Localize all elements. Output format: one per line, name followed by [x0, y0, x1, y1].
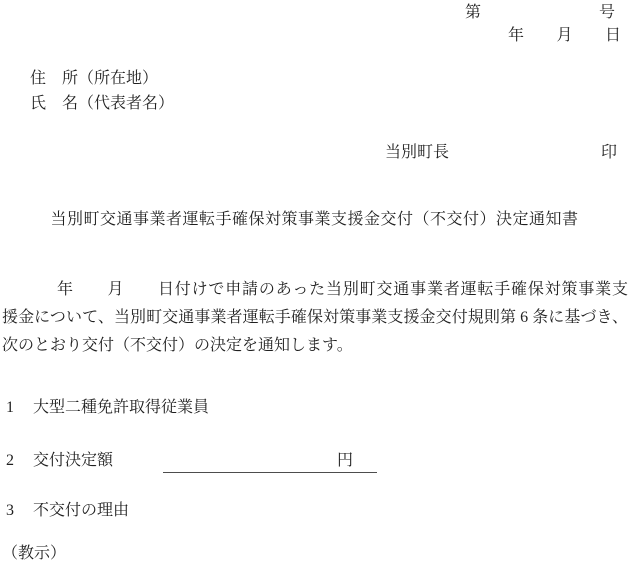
item-1-number: 1: [6, 397, 33, 419]
body-line-1: 年 月 日付けで申請のあった当別町交通事業者運転手確保対策事業支: [2, 276, 628, 304]
issuer-line: 当別町長 印: [385, 142, 617, 164]
amount-unit-label: 円: [337, 452, 353, 469]
date-year-label: 年: [508, 25, 524, 47]
issuer-title: 当別町長: [385, 142, 449, 164]
item-driver-license-employees: 1大型二種免許取得従業員: [6, 397, 627, 419]
item-2-label: 交付決定額: [33, 452, 113, 469]
item-non-grant-reason: 3不交付の理由: [6, 500, 627, 522]
body-line-2: 援金について、当別町交通事業者運転手確保対策事業支援金交付規則第 6 条に基づき…: [2, 304, 628, 332]
issuer-seal-mark: 印: [601, 142, 617, 164]
doc-number-suffix: 号: [599, 2, 615, 24]
body-line-3: 次のとおり交付（不交付）の決定を通知します。: [2, 332, 628, 360]
item-2-number: 2: [6, 450, 33, 472]
amount-blank-line: 円: [163, 450, 377, 473]
item-grant-decision-amount: 2交付決定額円: [6, 450, 627, 473]
document-page: 第 号 年 月 日 住 所（所在地） 氏 名（代表者名） 当別町長 印 当別町交…: [0, 0, 629, 568]
recipient-address-label: 住 所（所在地）: [30, 66, 174, 91]
document-title: 当別町交通事業者運転手確保対策事業支援金交付（不交付）決定通知書: [0, 208, 629, 232]
item-1-label: 大型二種免許取得従業員: [33, 399, 209, 416]
item-3-label: 不交付の理由: [33, 502, 129, 519]
body-paragraph: 年 月 日付けで申請のあった当別町交通事業者運転手確保対策事業支 援金について、…: [2, 276, 628, 360]
recipient-name-label: 氏 名（代表者名）: [30, 91, 174, 116]
doc-number-prefix: 第: [465, 2, 481, 24]
date-line: 年 月 日: [508, 25, 621, 47]
item-3-number: 3: [6, 500, 33, 522]
date-month-label: 月: [556, 25, 572, 47]
doc-number-line: 第 号: [465, 2, 615, 24]
date-day-label: 日: [605, 25, 621, 47]
recipient-block: 住 所（所在地） 氏 名（代表者名）: [30, 66, 174, 116]
footer-note: （教示）: [2, 543, 66, 565]
